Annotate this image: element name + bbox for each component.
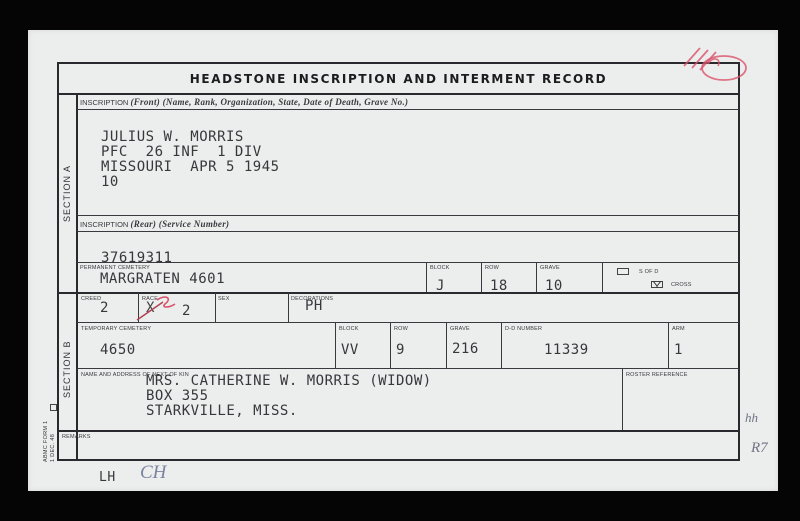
creed-label: CREED bbox=[81, 296, 101, 302]
perm-block-label: BLOCK bbox=[430, 265, 450, 271]
section-b-label: SECTION B bbox=[62, 340, 72, 398]
rear-inscription-label: INSCRIPTION (Rear) (Service Number) bbox=[80, 219, 229, 229]
next-of-kin-line: MRS. CATHERINE W. MORRIS (WIDOW) bbox=[146, 374, 432, 389]
title-divider bbox=[57, 93, 740, 95]
sex-label: SEX bbox=[218, 296, 230, 302]
rear-label-divider bbox=[77, 231, 739, 232]
col-divider bbox=[288, 293, 289, 322]
col-divider bbox=[481, 262, 482, 292]
temp-grave-value: 216 bbox=[452, 342, 479, 357]
decorations-value: PH bbox=[305, 299, 323, 314]
form-id-box bbox=[50, 404, 57, 411]
temporary-cemetery-value: 4650 bbox=[100, 343, 136, 358]
margin-note-line2: R7 bbox=[751, 440, 768, 457]
dd-number-label: D-D NUMBER bbox=[505, 326, 542, 332]
arm-value: 1 bbox=[674, 343, 683, 358]
check-x-icon bbox=[651, 281, 663, 288]
temporary-row-top bbox=[77, 322, 739, 323]
s-of-d-label: S OF D bbox=[639, 269, 659, 275]
front-inscription-line: MISSOURI APR 5 1945 bbox=[101, 160, 280, 175]
cross-checkbox[interactable] bbox=[651, 281, 663, 288]
red-pencil-mark-icon bbox=[678, 42, 750, 86]
col-divider bbox=[536, 262, 537, 292]
race-value: 2 bbox=[182, 304, 191, 319]
typed-initials: LH bbox=[99, 470, 116, 485]
col-divider bbox=[390, 322, 391, 368]
remarks-divider bbox=[57, 430, 740, 432]
cross-label: CROSS bbox=[671, 282, 692, 288]
perm-row-label: ROW bbox=[485, 265, 499, 271]
next-of-kin-line: STARKVILLE, MISS. bbox=[146, 404, 298, 419]
creed-value: 2 bbox=[100, 301, 109, 316]
temp-row-label: ROW bbox=[394, 326, 408, 332]
col-divider bbox=[501, 322, 502, 368]
section-column-divider bbox=[76, 93, 78, 460]
temp-row-value: 9 bbox=[396, 343, 405, 358]
front-inscription-line: 10 bbox=[101, 175, 119, 190]
next-of-kin-line: BOX 355 bbox=[146, 389, 209, 404]
front-inscription-label: INSCRIPTION (Front) (Name, Rank, Organiz… bbox=[80, 97, 408, 107]
permanent-cemetery-value: MARGRATEN 4601 bbox=[100, 272, 225, 287]
dd-number-value: 11339 bbox=[544, 343, 589, 358]
pencil-initials: CH bbox=[140, 462, 166, 484]
service-number: 37619311 bbox=[101, 251, 172, 266]
remarks-label: REMARKS bbox=[62, 434, 91, 440]
margin-note-line1: hh bbox=[745, 410, 758, 426]
col-divider bbox=[668, 322, 669, 368]
front-inscription-line: PFC 26 INF 1 DIV bbox=[101, 145, 262, 160]
temporary-cemetery-label: TEMPORARY CEMETERY bbox=[81, 326, 151, 332]
form-id: ABMC FORM 1 1 DEC. 48 bbox=[43, 421, 57, 463]
next-of-kin-row-top bbox=[77, 368, 739, 369]
front-label-divider bbox=[77, 109, 739, 110]
col-divider bbox=[602, 262, 603, 292]
col-divider bbox=[215, 293, 216, 322]
section-a-label: SECTION A bbox=[62, 165, 72, 222]
temp-block-label: BLOCK bbox=[339, 326, 359, 332]
temp-block-value: VV bbox=[341, 343, 359, 358]
temp-grave-label: GRAVE bbox=[450, 326, 470, 332]
red-strike-mark-icon bbox=[135, 292, 185, 322]
col-divider bbox=[446, 322, 447, 368]
front-inscription-line: JULIUS W. MORRIS bbox=[101, 130, 244, 145]
rear-label-top bbox=[77, 215, 739, 216]
s-of-d-checkbox[interactable] bbox=[617, 268, 629, 275]
col-divider bbox=[622, 368, 623, 430]
col-divider bbox=[335, 322, 336, 368]
permanent-row-top bbox=[77, 262, 739, 263]
roster-reference-label: ROSTER REFERENCE bbox=[626, 372, 688, 378]
col-divider bbox=[426, 262, 427, 292]
form-title: HEADSTONE INSCRIPTION AND INTERMENT RECO… bbox=[59, 64, 738, 93]
arm-label: ARM bbox=[672, 326, 685, 332]
perm-grave-label: GRAVE bbox=[540, 265, 560, 271]
